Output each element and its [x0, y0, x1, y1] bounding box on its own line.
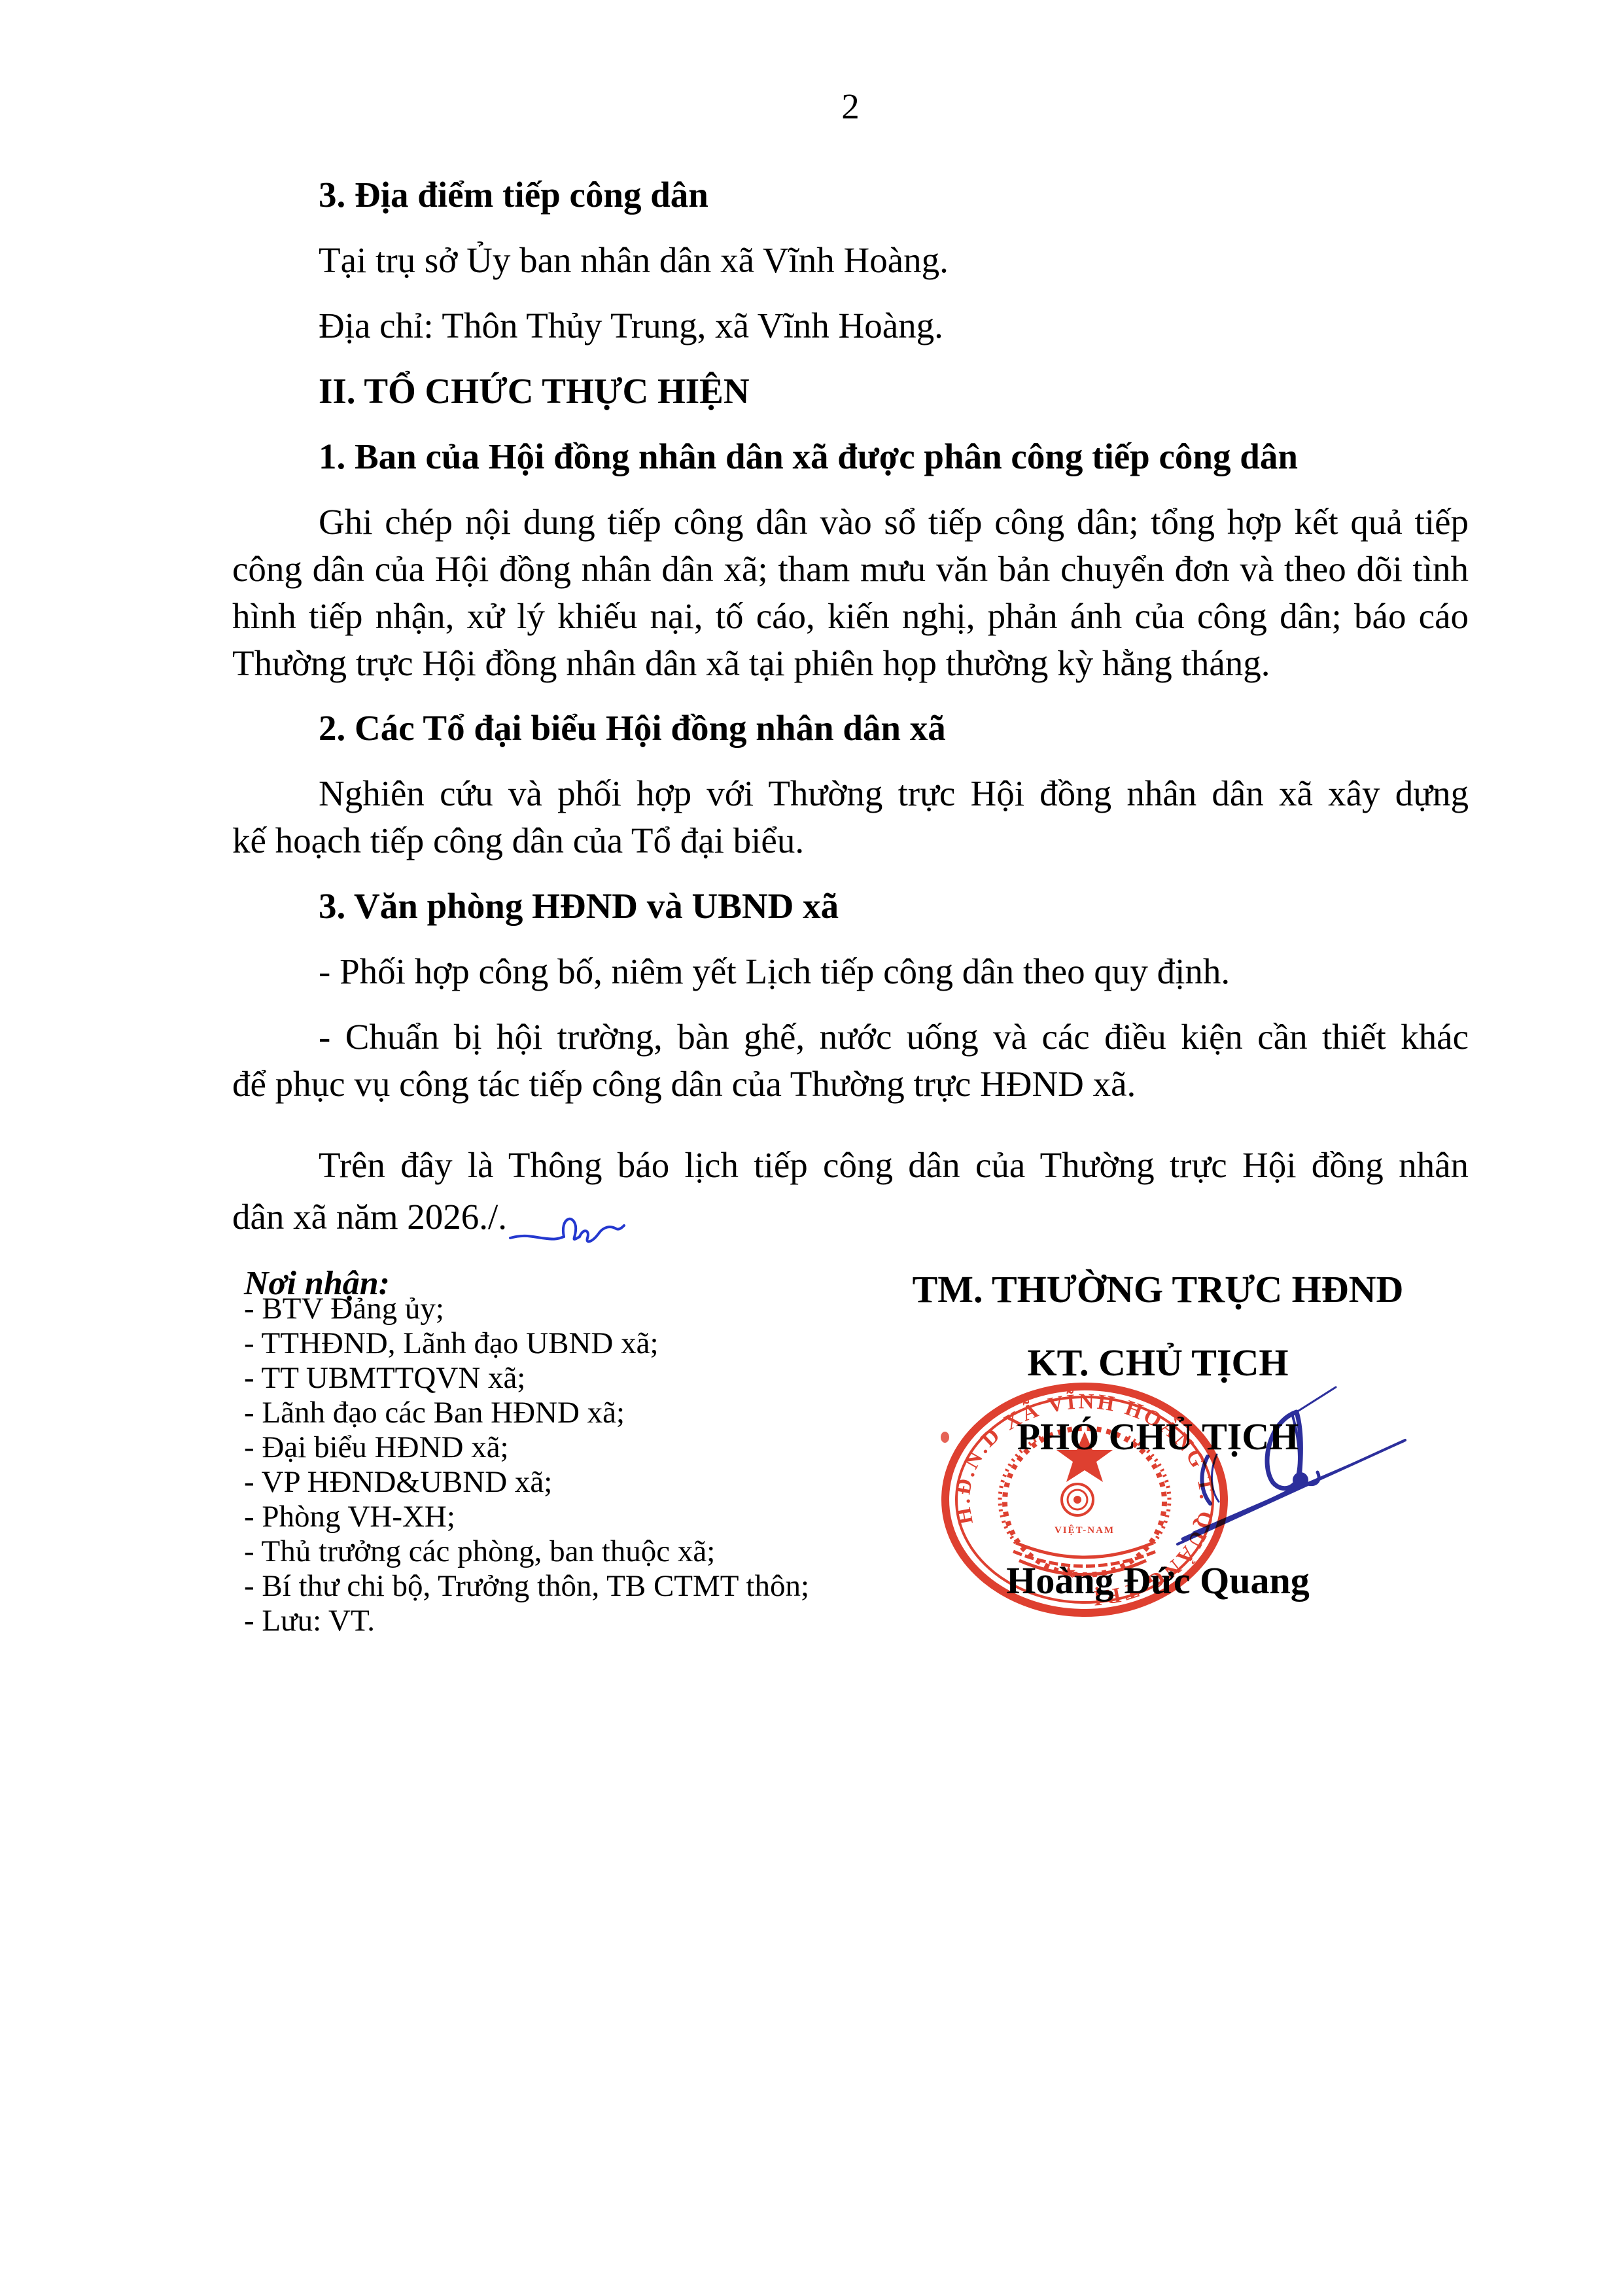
- body-line: dân xã năm 2026./.: [232, 1193, 507, 1241]
- body-line: Nghiên cứu và phối hợp với Thường trực H…: [319, 770, 1469, 817]
- body-line: công dân của Hội đồng nhân dân xã; tham …: [232, 546, 1469, 593]
- body-line: Ghi chép nội dung tiếp công dân vào sổ t…: [319, 499, 1469, 546]
- heading-sub-1: 1. Ban của Hội đồng nhân dân xã được phâ…: [319, 433, 1298, 480]
- recipient-item: - Bí thư chi bộ, Trưởng thôn, TB CTMT th…: [244, 1569, 809, 1604]
- body-line: Tại trụ sở Ủy ban nhân dân xã Vĩnh Hoàng…: [319, 237, 949, 284]
- body-line: để phục vụ công tác tiếp công dân của Th…: [232, 1061, 1136, 1108]
- recipient-item: - Lãnh đạo các Ban HĐND xã;: [244, 1396, 625, 1430]
- recipient-item: - TT UBMTTQVN xã;: [244, 1361, 525, 1396]
- body-line: kế hoạch tiếp công dân của Tổ đại biểu.: [232, 817, 804, 864]
- page-number: 2: [232, 83, 1469, 130]
- document-page: 2 3. Địa điểm tiếp công dân Tại trụ sở Ủ…: [0, 0, 1623, 2296]
- heading-section-2: II. TỔ CHỨC THỰC HIỆN: [319, 368, 750, 415]
- handwritten-signature: [1171, 1361, 1446, 1577]
- body-line: Thường trực Hội đồng nhân dân xã tại phi…: [232, 640, 1270, 687]
- body-line: - Chuẩn bị hội trường, bàn ghế, nước uốn…: [319, 1014, 1469, 1061]
- recipient-item: - Thủ trưởng các phòng, ban thuộc xã;: [244, 1534, 715, 1569]
- heading-location: 3. Địa điểm tiếp công dân: [319, 171, 708, 219]
- recipient-item: - Lưu: VT.: [244, 1604, 375, 1638]
- body-line: Địa chỉ: Thôn Thủy Trung, xã Vĩnh Hoàng.: [319, 302, 943, 349]
- paraph-initials: [504, 1204, 628, 1256]
- seal-star-icon: [1056, 1432, 1113, 1482]
- recipient-item: - VP HĐND&UBND xã;: [244, 1465, 552, 1500]
- recipient-item: - BTV Đảng ủy;: [244, 1292, 444, 1326]
- body-line: - Phối hợp công bố, niêm yết Lịch tiếp c…: [319, 948, 1230, 995]
- heading-sub-3: 3. Văn phòng HĐND và UBND xã: [319, 883, 839, 930]
- heading-sub-2: 2. Các Tổ đại biểu Hội đồng nhân dân xã: [319, 705, 946, 752]
- body-line: hình tiếp nhận, xử lý khiếu nại, tố cáo,…: [232, 593, 1469, 640]
- seal-bottom-star-icon: ★: [1060, 1563, 1077, 1583]
- recipient-item: - TTHĐND, Lãnh đạo UBND xã;: [244, 1326, 659, 1361]
- signing-authority: TM. THƯỜNG TRỰC HĐND: [847, 1267, 1469, 1313]
- body-line: Trên đây là Thông báo lịch tiếp công dân…: [319, 1142, 1469, 1189]
- seal-center-text: VIỆT-NAM: [1055, 1525, 1115, 1536]
- recipient-item: - Đại biểu HĐND xã;: [244, 1430, 509, 1465]
- recipient-item: - Phòng VH-XH;: [244, 1500, 455, 1534]
